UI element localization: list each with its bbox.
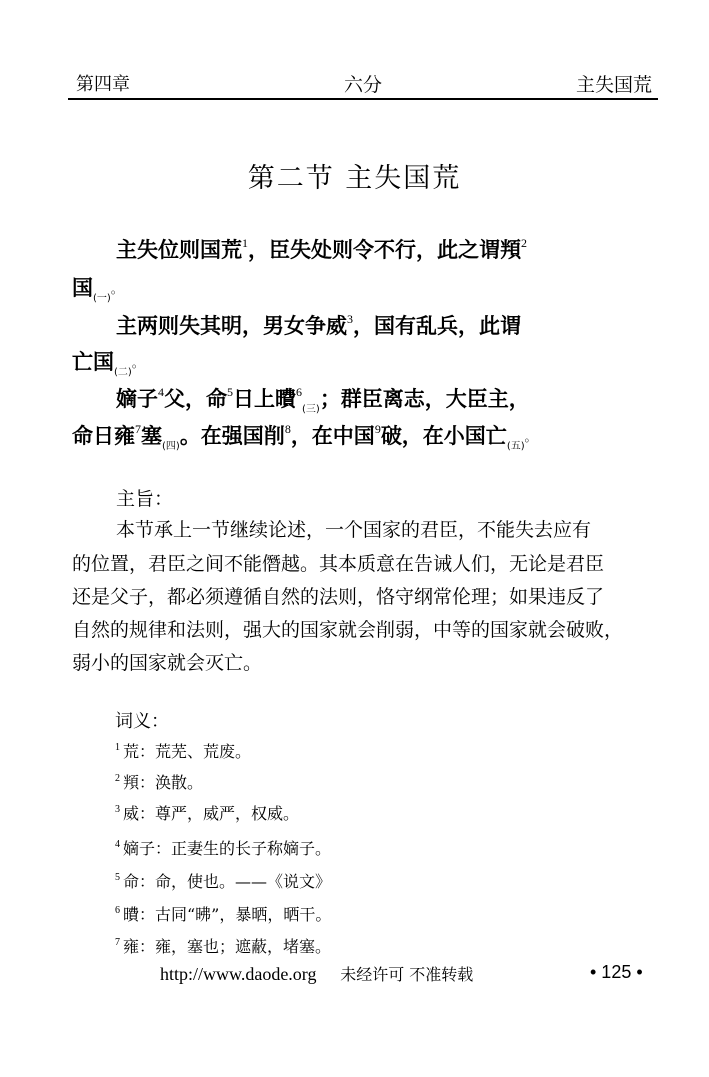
commentary-mark: (一) <box>93 293 111 304</box>
section-group-label: 六分 <box>68 70 658 97</box>
page-header: 第四章 六分 主失国荒 <box>68 66 658 96</box>
header-divider <box>68 98 658 100</box>
gist-line: 还是父子，都必须遵循自然的法则，恪守纲常伦理；如果违反了 <box>72 582 604 609</box>
gist-line: 弱小的国家就会灭亡。 <box>72 648 262 675</box>
glossary-item: 1荒：荒芜、荒废。 <box>115 739 251 762</box>
glossary-item: 2頖：涣散。 <box>115 770 203 793</box>
glossary-item: 4嫡子：正妻生的长子称嫡子。 <box>115 836 331 859</box>
classic-line: 嫡子4父，命5日上曊6(三)；群臣离志，大臣主， <box>116 383 530 415</box>
page-footer: http://www.daode.org 未经许可 不准转载 • 125 • <box>160 962 473 985</box>
gist-label: 主旨： <box>116 484 173 511</box>
commentary-mark: (四) <box>162 441 180 452</box>
page-number: • 125 • <box>590 962 643 983</box>
running-title: 主失国荒 <box>576 70 652 97</box>
gist-line: 的位置，君臣之间不能僭越。其本质意在告诫人们，无论是君臣 <box>72 549 604 576</box>
glossary-item: 5命：命，使也。——《说文》 <box>115 869 331 892</box>
copyright-notice: 未经许可 不准转载 <box>340 965 473 984</box>
commentary-mark: (五) <box>507 441 525 452</box>
footnote-ref[interactable]: 6 <box>296 385 302 399</box>
glossary-item: 3威：尊严，威严，权威。 <box>115 801 299 824</box>
classic-line: 国(一)。 <box>72 272 123 304</box>
classic-line: 亡国(二)。 <box>72 346 144 378</box>
glossary-item: 7雍：雍，塞也；遮蔽，堵塞。 <box>115 934 331 957</box>
classic-line: 主两则失其明，男女争威3，国有乱兵，此谓 <box>116 310 521 340</box>
glossary-item: 6曊：古同“昲”，暴晒，晒干。 <box>115 902 331 925</box>
gist-line: 自然的规律和法则，强大的国家就会削弱，中等的国家就会破败， <box>72 615 623 642</box>
classic-line: 命日雍7塞(四)。在强国削8，在中国9破，在小国亡(五)。 <box>72 420 537 452</box>
glossary-label: 词义： <box>115 707 169 733</box>
gist-line: 本节承上一节继续论述，一个国家的君臣，不能失去应有 <box>116 515 591 542</box>
classic-line: 主失位则国荒1，臣失处则令不行，此之谓頖2 <box>116 234 527 264</box>
footnote-ref[interactable]: 2 <box>521 236 527 250</box>
commentary-mark: (二) <box>114 367 132 378</box>
section-title: 第二节 主失国荒 <box>0 156 709 195</box>
website-link[interactable]: http://www.daode.org <box>160 964 316 984</box>
commentary-mark: (三) <box>302 404 320 415</box>
